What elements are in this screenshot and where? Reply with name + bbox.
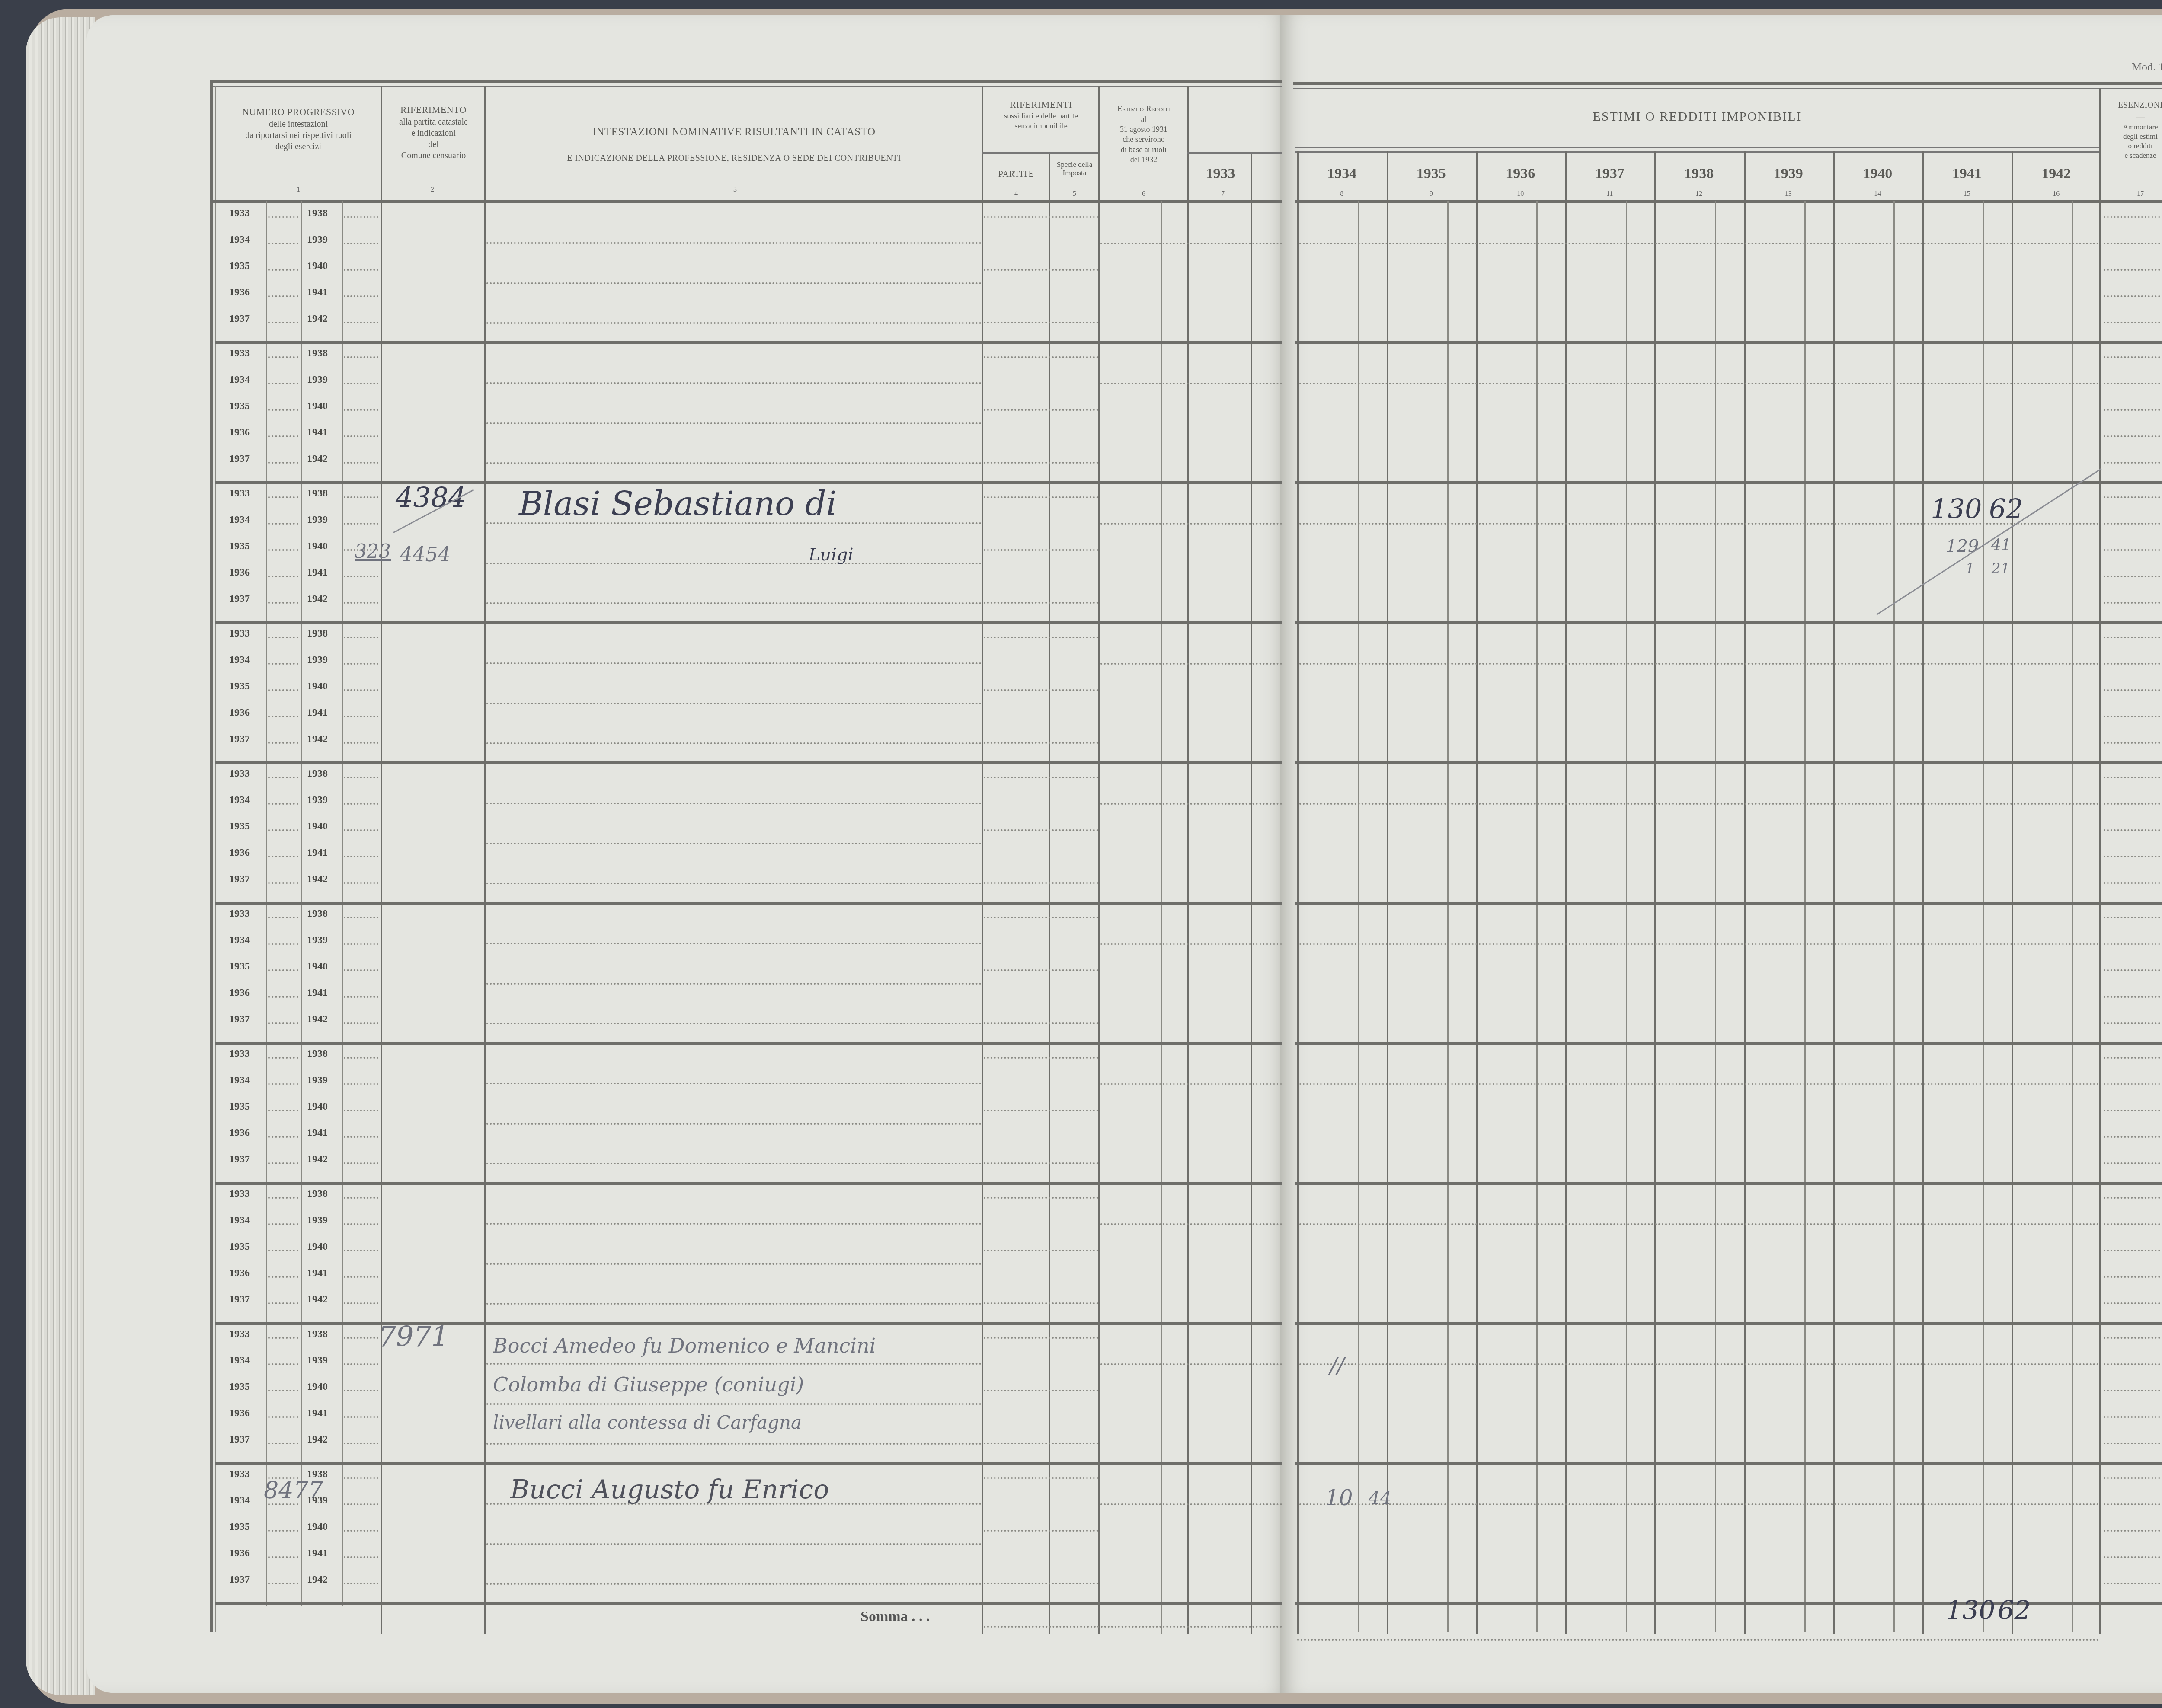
- intestazione-entry-line[interactable]: [486, 563, 982, 564]
- header-year-1940: 1940: [1833, 164, 1922, 183]
- year-entry-field[interactable]: [344, 917, 378, 918]
- header-col6: Estimi o Redditi al 31 agosto 1931 che s…: [1100, 104, 1187, 165]
- year-label-right: 1940: [307, 821, 328, 832]
- blasi-1941-pencil2-lire: 1: [1965, 560, 1975, 577]
- esenzioni-entry-line[interactable]: [2104, 1443, 2162, 1444]
- year-entry-field[interactable]: [344, 602, 378, 604]
- right-block-separator: [1295, 1182, 2162, 1185]
- col-divider-5-6: [1098, 86, 1100, 1634]
- year-entry-field[interactable]: [268, 409, 298, 411]
- year-entry-field[interactable]: [268, 1162, 298, 1164]
- riferimenti-entry-line: [984, 1477, 1098, 1479]
- year-entry-field[interactable]: [268, 216, 298, 218]
- esenzioni-entry-line[interactable]: [2104, 996, 2162, 998]
- col-divider-1-2: [381, 86, 382, 1634]
- col-number-6: 6: [1139, 190, 1148, 198]
- amount-entry-line[interactable]: [1100, 663, 1282, 665]
- header-year-1937: 1937: [1565, 164, 1655, 183]
- esenzioni-entry-line[interactable]: [2104, 829, 2162, 831]
- year-label-right: 1942: [307, 1434, 328, 1446]
- esenzioni-entry-line[interactable]: [2104, 943, 2162, 945]
- year-entry-field[interactable]: [344, 996, 378, 998]
- esenzioni-entry-line[interactable]: [2104, 969, 2162, 971]
- year-entry-field[interactable]: [344, 322, 378, 323]
- riferimenti-entry-line: [984, 462, 1098, 464]
- year-entry-field[interactable]: [268, 1022, 298, 1024]
- year-entry-field[interactable]: [344, 1136, 378, 1138]
- year-entry-field[interactable]: [268, 996, 298, 998]
- year-entry-field[interactable]: [344, 943, 378, 945]
- block-separator: [215, 341, 1282, 344]
- year-entry-field[interactable]: [344, 216, 378, 218]
- year-entry-field[interactable]: [268, 969, 298, 971]
- year-label-left: 1934: [229, 1355, 250, 1366]
- year-entry-field[interactable]: [268, 322, 298, 323]
- year-entry-field[interactable]: [344, 856, 378, 857]
- year-entry-field[interactable]: [268, 1057, 298, 1059]
- esenzioni-entry-line[interactable]: [2104, 1337, 2162, 1339]
- intestazione-entry-line[interactable]: [486, 462, 982, 464]
- header-year-1938: 1938: [1654, 164, 1744, 183]
- intestazione-entry-line[interactable]: [486, 1363, 982, 1365]
- esenzioni-entry-line[interactable]: [2104, 1022, 2162, 1024]
- year-label-left: 1936: [229, 427, 250, 438]
- year-entry-field[interactable]: [344, 383, 378, 384]
- year-entry-field[interactable]: [268, 943, 298, 945]
- esenzioni-entry-line[interactable]: [2104, 216, 2162, 218]
- col-number-13: 13: [1784, 190, 1793, 198]
- esenzioni-entry-line[interactable]: [2104, 1197, 2162, 1199]
- table-left-border-inner: [215, 86, 216, 1632]
- year-entry-field[interactable]: [268, 576, 298, 577]
- estimi-entry-line[interactable]: [1299, 1083, 2099, 1085]
- year-entry-field[interactable]: [344, 689, 378, 691]
- estimi-sub-border: [1295, 147, 2099, 148]
- intestazione-entry-line[interactable]: [486, 1163, 982, 1164]
- year-entry-field[interactable]: [268, 243, 298, 244]
- intestazione-entry-line[interactable]: [486, 382, 982, 384]
- year-label-right: 1939: [307, 514, 328, 526]
- esenzioni-entry-line[interactable]: [2104, 1503, 2162, 1505]
- year-label-right: 1940: [307, 1101, 328, 1113]
- year-entry-field[interactable]: [268, 663, 298, 665]
- year-entry-field[interactable]: [268, 716, 298, 717]
- year-label-left: 1934: [229, 514, 250, 526]
- esenzioni-entry-line[interactable]: [2104, 1363, 2162, 1365]
- blasi-side-number: 323: [355, 541, 391, 563]
- year-entry-field[interactable]: [268, 295, 298, 297]
- year-label-right: 1938: [307, 1188, 328, 1200]
- year-entry-field[interactable]: [344, 356, 378, 358]
- estimi-entry-line[interactable]: [1299, 243, 2099, 244]
- right-block-separator: [1295, 761, 2162, 764]
- col-number-7: 7: [1219, 190, 1227, 198]
- year-entry-field[interactable]: [344, 1110, 378, 1111]
- esenzioni-entry-line[interactable]: [2104, 1057, 2162, 1059]
- year-entry-field[interactable]: [268, 1276, 298, 1278]
- year-entry-field[interactable]: [344, 1337, 378, 1339]
- year-label-right: 1938: [307, 628, 328, 640]
- col-divider-6-7: [1187, 86, 1189, 1634]
- amount-entry-line[interactable]: [1100, 1363, 1282, 1365]
- year-label-left: 1936: [229, 1127, 250, 1139]
- year-entry-field[interactable]: [268, 1556, 298, 1558]
- amount-entry-line[interactable]: [1100, 943, 1282, 945]
- esenzioni-entry-line[interactable]: [2104, 689, 2162, 691]
- esenzioni-entry-line[interactable]: [2104, 742, 2162, 744]
- year-entry-field[interactable]: [344, 269, 378, 271]
- cent-divider-1937: [1626, 201, 1627, 1632]
- riferimenti-entry-line: [984, 356, 1098, 358]
- riferimenti-entry-line: [984, 742, 1098, 744]
- year-label-right: 1940: [307, 541, 328, 552]
- right-block-separator: [1295, 621, 2162, 624]
- riferimenti-entry-line: [984, 409, 1098, 411]
- year-label-right: 1941: [307, 567, 328, 579]
- year-entry-field[interactable]: [344, 1556, 378, 1558]
- header-col3: INTESTAZIONI NOMINATIVE RISULTANTI IN CA…: [486, 125, 982, 164]
- col-number-17: 17: [2134, 190, 2147, 198]
- intestazione-entry-line[interactable]: [486, 943, 982, 944]
- col-number-12: 12: [1695, 190, 1703, 198]
- estimi-entry-line[interactable]: [1299, 1363, 2099, 1365]
- year-entry-field[interactable]: [344, 1477, 378, 1479]
- intestazione-entry-line[interactable]: [486, 282, 982, 284]
- esenzioni-entry-line[interactable]: [2104, 1110, 2162, 1111]
- year-entry-field[interactable]: [344, 1162, 378, 1164]
- esenzioni-entry-line[interactable]: [2104, 777, 2162, 778]
- year-label-left: 1937: [229, 1574, 250, 1586]
- intestazione-entry-line[interactable]: [486, 1303, 982, 1305]
- right-page: [1280, 15, 2162, 1693]
- estimi-entry-line[interactable]: [1299, 1223, 2099, 1225]
- year-entry-field[interactable]: [344, 637, 378, 638]
- esenzioni-entry-line[interactable]: [2104, 803, 2162, 805]
- year-entry-field[interactable]: [344, 1276, 378, 1278]
- year-label-left: 1935: [229, 541, 250, 552]
- bucci-1934-cent: 44: [1369, 1487, 1391, 1509]
- esenzioni-entry-line[interactable]: [2104, 1583, 2162, 1584]
- esenzioni-entry-line[interactable]: [2104, 1530, 2162, 1532]
- blasi-partita-struck: 4384: [396, 482, 466, 514]
- amount-entry-line[interactable]: [1100, 803, 1282, 805]
- year-entry-field[interactable]: [344, 1022, 378, 1024]
- intestazione-entry-line[interactable]: [486, 1123, 982, 1125]
- intestazione-entry-line[interactable]: [486, 422, 982, 424]
- col-divider-year-1935: [1387, 151, 1388, 1634]
- year-entry-field[interactable]: [268, 742, 298, 744]
- year-label-right: 1940: [307, 260, 328, 272]
- riferimenti-entry-line: [984, 216, 1098, 218]
- esenzioni-entry-line[interactable]: [2104, 462, 2162, 464]
- somma-1941-lire: 130: [1946, 1596, 1996, 1626]
- year-label-left: 1936: [229, 1548, 250, 1559]
- esenzioni-entry-line[interactable]: [2104, 1250, 2162, 1251]
- esenzioni-entry-line[interactable]: [2104, 1276, 2162, 1278]
- year-entry-field[interactable]: [268, 602, 298, 604]
- riferimenti-entry-line: [984, 1337, 1098, 1339]
- esenzioni-entry-line[interactable]: [2104, 549, 2162, 551]
- year-entry-field[interactable]: [344, 1250, 378, 1251]
- col-divider-year-1939: [1744, 151, 1746, 1634]
- intestazione-entry-line[interactable]: [486, 983, 982, 985]
- esenzioni-entry-line[interactable]: [2104, 269, 2162, 271]
- col-number-14: 14: [1873, 190, 1882, 198]
- col-divider-16-17: [2099, 88, 2101, 1634]
- year-entry-field[interactable]: [344, 496, 378, 498]
- year-label-right: 1941: [307, 1267, 328, 1279]
- intestazione-entry-line[interactable]: [486, 1263, 982, 1265]
- year-entry-field[interactable]: [344, 1223, 378, 1225]
- esenzioni-entry-line[interactable]: [2104, 322, 2162, 323]
- year-entry-field[interactable]: [344, 1503, 378, 1505]
- year-entry-field[interactable]: [344, 777, 378, 778]
- year-entry-field[interactable]: [268, 1337, 298, 1339]
- year-entry-field[interactable]: [268, 856, 298, 857]
- esenzioni-entry-line[interactable]: [2104, 576, 2162, 577]
- esenzioni-entry-line[interactable]: [2104, 882, 2162, 884]
- year-entry-field[interactable]: [344, 1530, 378, 1532]
- esenzioni-entry-line[interactable]: [2104, 523, 2162, 525]
- estimi-entry-line[interactable]: [1299, 1503, 2099, 1505]
- blasi-intestazione-line1: Blasi Sebastiano di: [519, 484, 837, 523]
- intestazione-entry-line[interactable]: [486, 703, 982, 704]
- blasi-1941-cent: 62: [1989, 493, 2023, 525]
- year-entry-field[interactable]: [268, 523, 298, 525]
- estimi-entry-line[interactable]: [1299, 383, 2099, 384]
- year-entry-field[interactable]: [344, 882, 378, 884]
- esenzioni-entry-line[interactable]: [2104, 435, 2162, 437]
- esenzioni-entry-line[interactable]: [2104, 637, 2162, 638]
- riferimenti-entry-line: [984, 689, 1098, 691]
- year-entry-field[interactable]: [344, 295, 378, 297]
- year-label-right: 1940: [307, 1521, 328, 1533]
- year-label-left: 1933: [229, 908, 250, 920]
- esenzioni-entry-line[interactable]: [2104, 856, 2162, 857]
- year-entry-field[interactable]: [268, 917, 298, 918]
- year-entry-field[interactable]: [344, 663, 378, 665]
- estimi-sub-border-2: [1295, 151, 2099, 153]
- esenzioni-entry-line[interactable]: [2104, 383, 2162, 384]
- amount-entry-line[interactable]: [1100, 383, 1282, 384]
- year-entry-field[interactable]: [268, 1223, 298, 1225]
- estimi-entry-line[interactable]: [1299, 803, 2099, 805]
- col-divider-year-1940: [1833, 151, 1835, 1634]
- intestazione-entry-line[interactable]: [486, 1023, 982, 1024]
- col-number-4: 4: [1012, 190, 1020, 198]
- year-label-right: 1938: [307, 768, 328, 780]
- intestazione-entry-line[interactable]: [486, 1083, 982, 1084]
- year-entry-field[interactable]: [268, 549, 298, 551]
- year-entry-field[interactable]: [344, 523, 378, 525]
- header-year-1935: 1935: [1387, 164, 1476, 183]
- intestazione-entry-line[interactable]: [486, 1403, 982, 1405]
- intestazione-entry-line[interactable]: [486, 1543, 982, 1545]
- esenzioni-entry-line[interactable]: [2104, 1477, 2162, 1479]
- header-year-1936: 1936: [1476, 164, 1565, 183]
- year-entry-field[interactable]: [268, 689, 298, 691]
- year-entry-field[interactable]: [268, 269, 298, 271]
- year-entry-field[interactable]: [268, 637, 298, 638]
- intestazione-entry-line[interactable]: [486, 883, 982, 884]
- year-entry-field[interactable]: [344, 1302, 378, 1304]
- right-somma-top-border: [1295, 1602, 2162, 1605]
- blasi-partita-alt: 4454: [400, 543, 451, 566]
- year-entry-field[interactable]: [268, 1197, 298, 1199]
- year-entry-field[interactable]: [268, 1416, 298, 1418]
- year-entry-field[interactable]: [268, 1083, 298, 1085]
- estimi-entry-line[interactable]: [1299, 663, 2099, 665]
- intestazione-entry-line[interactable]: [486, 803, 982, 804]
- intestazione-entry-line[interactable]: [486, 322, 982, 324]
- year-entry-field[interactable]: [268, 1443, 298, 1444]
- header-year-1942: 1942: [2012, 164, 2101, 183]
- year-label-right: 1942: [307, 1294, 328, 1305]
- esenzioni-entry-line[interactable]: [2104, 496, 2162, 498]
- intestazione-entry-line[interactable]: [486, 1223, 982, 1225]
- blasi-intestazione-line2: Luigi: [809, 545, 854, 565]
- riferimenti-entry-line: [984, 1443, 1098, 1444]
- col-divider-2-3: [484, 86, 486, 1634]
- year-entry-field[interactable]: [344, 1443, 378, 1444]
- esenzioni-entry-line[interactable]: [2104, 1136, 2162, 1138]
- riferimenti-entry-line: [984, 602, 1098, 604]
- esenzioni-entry-line[interactable]: [2104, 1223, 2162, 1225]
- intestazione-entry-line[interactable]: [486, 242, 982, 244]
- year-entry-field[interactable]: [268, 496, 298, 498]
- cent-divider-1938: [1715, 201, 1716, 1632]
- year-entry-field[interactable]: [344, 803, 378, 805]
- esenzioni-entry-line[interactable]: [2104, 356, 2162, 358]
- year-entry-field[interactable]: [344, 1197, 378, 1199]
- year-entry-field[interactable]: [344, 462, 378, 464]
- esenzioni-entry-line[interactable]: [2104, 243, 2162, 244]
- somma-1941-cent: 62: [1998, 1596, 2031, 1626]
- esenzioni-entry-line[interactable]: [2104, 602, 2162, 604]
- year-entry-field[interactable]: [268, 1250, 298, 1251]
- year-entry-field[interactable]: [344, 1057, 378, 1059]
- year-label-left: 1933: [229, 1188, 250, 1200]
- year-entry-field[interactable]: [268, 1363, 298, 1365]
- year-label-right: 1940: [307, 400, 328, 412]
- col-number-15: 15: [1963, 190, 1971, 198]
- header-col2: RIFERIMENTO alla partita catastale e ind…: [383, 104, 484, 161]
- block-separator: [215, 481, 1282, 484]
- year-entry-field[interactable]: [344, 1416, 378, 1418]
- intestazione-entry-line[interactable]: [486, 742, 982, 744]
- year-entry-field[interactable]: [268, 1302, 298, 1304]
- year-label-right: 1942: [307, 1154, 328, 1165]
- year-label-left: 1937: [229, 453, 250, 465]
- year-entry-field[interactable]: [344, 576, 378, 577]
- year-entry-field[interactable]: [268, 1583, 298, 1584]
- amount-entry-line[interactable]: [1100, 1083, 1282, 1085]
- esenzioni-entry-line[interactable]: [2104, 1162, 2162, 1164]
- right-header-bottom-border: [1295, 200, 2162, 203]
- esenzioni-entry-line[interactable]: [2104, 1390, 2162, 1391]
- year-label-right: 1939: [307, 1075, 328, 1086]
- header-riferimenti: RIFERIMENTI sussidiari e delle partite s…: [984, 99, 1098, 131]
- col-number-1: 1: [294, 186, 303, 194]
- year-label-left: 1936: [229, 987, 250, 999]
- year-entry-field[interactable]: [268, 829, 298, 831]
- intestazione-entry-line[interactable]: [486, 1583, 982, 1585]
- year-entry-field[interactable]: [268, 803, 298, 805]
- year-entry-field[interactable]: [268, 882, 298, 884]
- intestazione-entry-line[interactable]: [486, 843, 982, 844]
- year-entry-field[interactable]: [344, 716, 378, 717]
- header-col5-specie: Specie della Imposta: [1051, 161, 1098, 177]
- year-label-left: 1935: [229, 1241, 250, 1253]
- year-entry-field[interactable]: [344, 1363, 378, 1365]
- amount-entry-line[interactable]: [1100, 1503, 1282, 1505]
- year-entry-field[interactable]: [344, 829, 378, 831]
- header-year-1941: 1941: [1922, 164, 2012, 183]
- esenzioni-entry-line[interactable]: [2104, 295, 2162, 297]
- esenzioni-entry-line[interactable]: [2104, 1083, 2162, 1085]
- estimi-entry-line[interactable]: [1299, 943, 2099, 945]
- amount-entry-line[interactable]: [1100, 1223, 1282, 1225]
- year-entry-field[interactable]: [344, 243, 378, 244]
- esenzioni-entry-line[interactable]: [2104, 1556, 2162, 1558]
- year-label-right: 1941: [307, 1407, 328, 1419]
- esenzioni-entry-line[interactable]: [2104, 1416, 2162, 1418]
- year-entry-field[interactable]: [344, 409, 378, 411]
- esenzioni-entry-line[interactable]: [2104, 1302, 2162, 1304]
- year-entry-field[interactable]: [344, 969, 378, 971]
- intestazione-entry-line[interactable]: [486, 662, 982, 664]
- amount-entry-line[interactable]: [1100, 243, 1282, 244]
- year-label-right: 1941: [307, 987, 328, 999]
- riferimenti-entry-line: [984, 1197, 1098, 1199]
- year-entry-field[interactable]: [268, 777, 298, 778]
- year-entry-field[interactable]: [268, 356, 298, 358]
- year-label-right: 1938: [307, 208, 328, 219]
- year-entry-field[interactable]: [344, 1583, 378, 1584]
- year-label-right: 1942: [307, 1014, 328, 1025]
- block-separator: [215, 902, 1282, 905]
- esenzioni-entry-line[interactable]: [2104, 917, 2162, 918]
- esenzioni-entry-line[interactable]: [2104, 663, 2162, 665]
- amount-entry-line[interactable]: [1100, 523, 1282, 525]
- year-entry-field[interactable]: [268, 1530, 298, 1532]
- year-entry-field[interactable]: [344, 1390, 378, 1391]
- bucci-intestazione-line1: Bucci Augusto fu Enrico: [510, 1475, 829, 1505]
- year-entry-field[interactable]: [268, 1390, 298, 1391]
- intestazione-entry-line[interactable]: [486, 1443, 982, 1445]
- year-entry-field[interactable]: [268, 1110, 298, 1111]
- year-label-right: 1939: [307, 234, 328, 246]
- table-top-border-inner: [210, 86, 1282, 87]
- intestazione-entry-line[interactable]: [486, 602, 982, 604]
- col-number-2: 2: [428, 186, 437, 194]
- year-label-left: 1934: [229, 374, 250, 386]
- col-divider-year-1942: [2012, 151, 2013, 1634]
- esenzioni-entry-line[interactable]: [2104, 409, 2162, 411]
- block-separator: [215, 761, 1282, 764]
- year-entry-field[interactable]: [268, 383, 298, 384]
- year-entry-field[interactable]: [344, 435, 378, 437]
- esenzioni-entry-line[interactable]: [2104, 716, 2162, 717]
- year-entry-field[interactable]: [344, 1083, 378, 1085]
- year-entry-field[interactable]: [268, 435, 298, 437]
- year-label-right: 1941: [307, 1548, 328, 1559]
- year-entry-field[interactable]: [344, 742, 378, 744]
- riferimenti-entry-line: [984, 1022, 1098, 1024]
- year-entry-field[interactable]: [268, 462, 298, 464]
- year-entry-field[interactable]: [268, 1136, 298, 1138]
- year-label-right: 1940: [307, 961, 328, 972]
